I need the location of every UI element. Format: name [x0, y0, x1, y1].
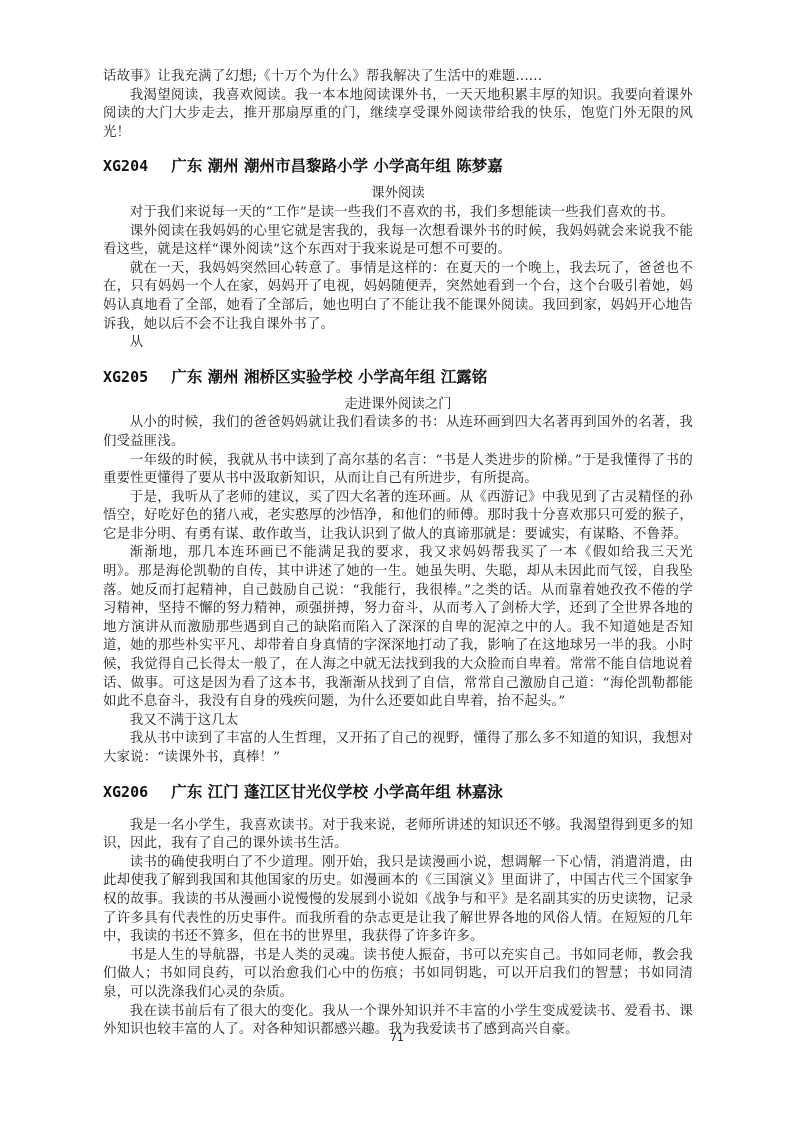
page-number: 71 [0, 1031, 794, 1044]
entry-xg206: XG206 广东 江门 蓬江区甘光仪学校 小学高年组 林嘉泳 我是一名小学生，我… [103, 782, 693, 1040]
entry-meta: 广东 潮州 湘桥区实验学校 小学高年组 江露铭 [171, 368, 487, 386]
paragraph: 渐渐地，那几本连环画已不能满足我的要求，我又求妈妈帮我买了一本《假如给我三天光明… [103, 544, 693, 711]
paragraph: 从小的时候，我们的爸爸妈妈就让我们看读多的书：从连环画到四大名著再到国外的名著，… [103, 414, 693, 451]
paragraph: 读书的确使我明白了不少道理。刚开始，我只是读漫画小说，想调解一下心情，消遣消遣，… [103, 854, 693, 947]
paragraph: 课外阅读在我妈妈的心里它就是害我的，我每一次想看课外书的时候，我妈妈就会来说我不… [103, 223, 693, 260]
paragraph: 我又不满于这几太 [103, 712, 693, 731]
paragraph: 我从书中读到了丰富的人生哲理，又开拓了自己的视野，懂得了那么多不知道的知识，我想… [103, 730, 693, 767]
document-page: 话故事》让我充满了幻想;《十万个为什么》帮我解决了生活中的难题...... 我渴… [103, 68, 693, 1040]
paragraph: 书是人生的导航器，书是人类的灵魂。读书使人振奋，书可以充实自己。书如同老师，教会… [103, 947, 693, 1003]
paragraph: 话故事》让我充满了幻想;《十万个为什么》帮我解决了生活中的难题...... [103, 68, 693, 87]
entry-code: XG204 [103, 157, 148, 175]
paragraph: 我渴望阅读，我喜欢阅读。我一本本地阅读课外书，一天天地积累丰厚的知识。我要向着课… [103, 87, 693, 143]
entry-code: XG205 [103, 368, 148, 386]
entry-heading: XG204 广东 潮州 潮州市昌黎路小学 小学高年组 陈梦嘉 [103, 156, 693, 176]
paragraph: 一年级的时候，我就从书中读到了高尔基的名言：“书是人类进步的阶梯。”于是我懂得了… [103, 452, 693, 489]
entry-xg204: XG204 广东 潮州 潮州市昌黎路小学 小学高年组 陈梦嘉 课外阅读 对于我们… [103, 156, 693, 352]
entry-heading: XG206 广东 江门 蓬江区甘光仪学校 小学高年组 林嘉泳 [103, 782, 693, 802]
entry-meta: 广东 潮州 潮州市昌黎路小学 小学高年组 陈梦嘉 [171, 157, 503, 175]
paragraph: 就在一天，我妈妈突然回心转意了。事情是这样的：在夏天的一个晚上，我去玩了，爸爸也… [103, 260, 693, 334]
paragraph: 于是，我听从了老师的建议，买了四大名著的连环画。从《西游记》中我见到了古灵精怪的… [103, 489, 693, 545]
entry-meta: 广东 江门 蓬江区甘光仪学校 小学高年组 林嘉泳 [171, 783, 503, 801]
essay-title: 课外阅读 [103, 185, 693, 204]
paragraph: 我是一名小学生，我喜欢读书。对于我来说，老师所讲述的知识还不够。我渴望得到更多的… [103, 817, 693, 854]
paragraph: 从 [103, 334, 693, 353]
entry-xg205: XG205 广东 潮州 湘桥区实验学校 小学高年组 江露铭 走进课外阅读之门 从… [103, 367, 693, 768]
essay-title: 走进课外阅读之门 [103, 396, 693, 415]
entry-code: XG206 [103, 783, 148, 801]
previous-essay-continuation: 话故事》让我充满了幻想;《十万个为什么》帮我解决了生活中的难题...... 我渴… [103, 68, 693, 142]
paragraph: 对于我们来说每一天的“工作”是读一些我们不喜欢的书，我们多想能读一些我们喜欢的书… [103, 204, 693, 223]
entry-heading: XG205 广东 潮州 湘桥区实验学校 小学高年组 江露铭 [103, 367, 693, 387]
